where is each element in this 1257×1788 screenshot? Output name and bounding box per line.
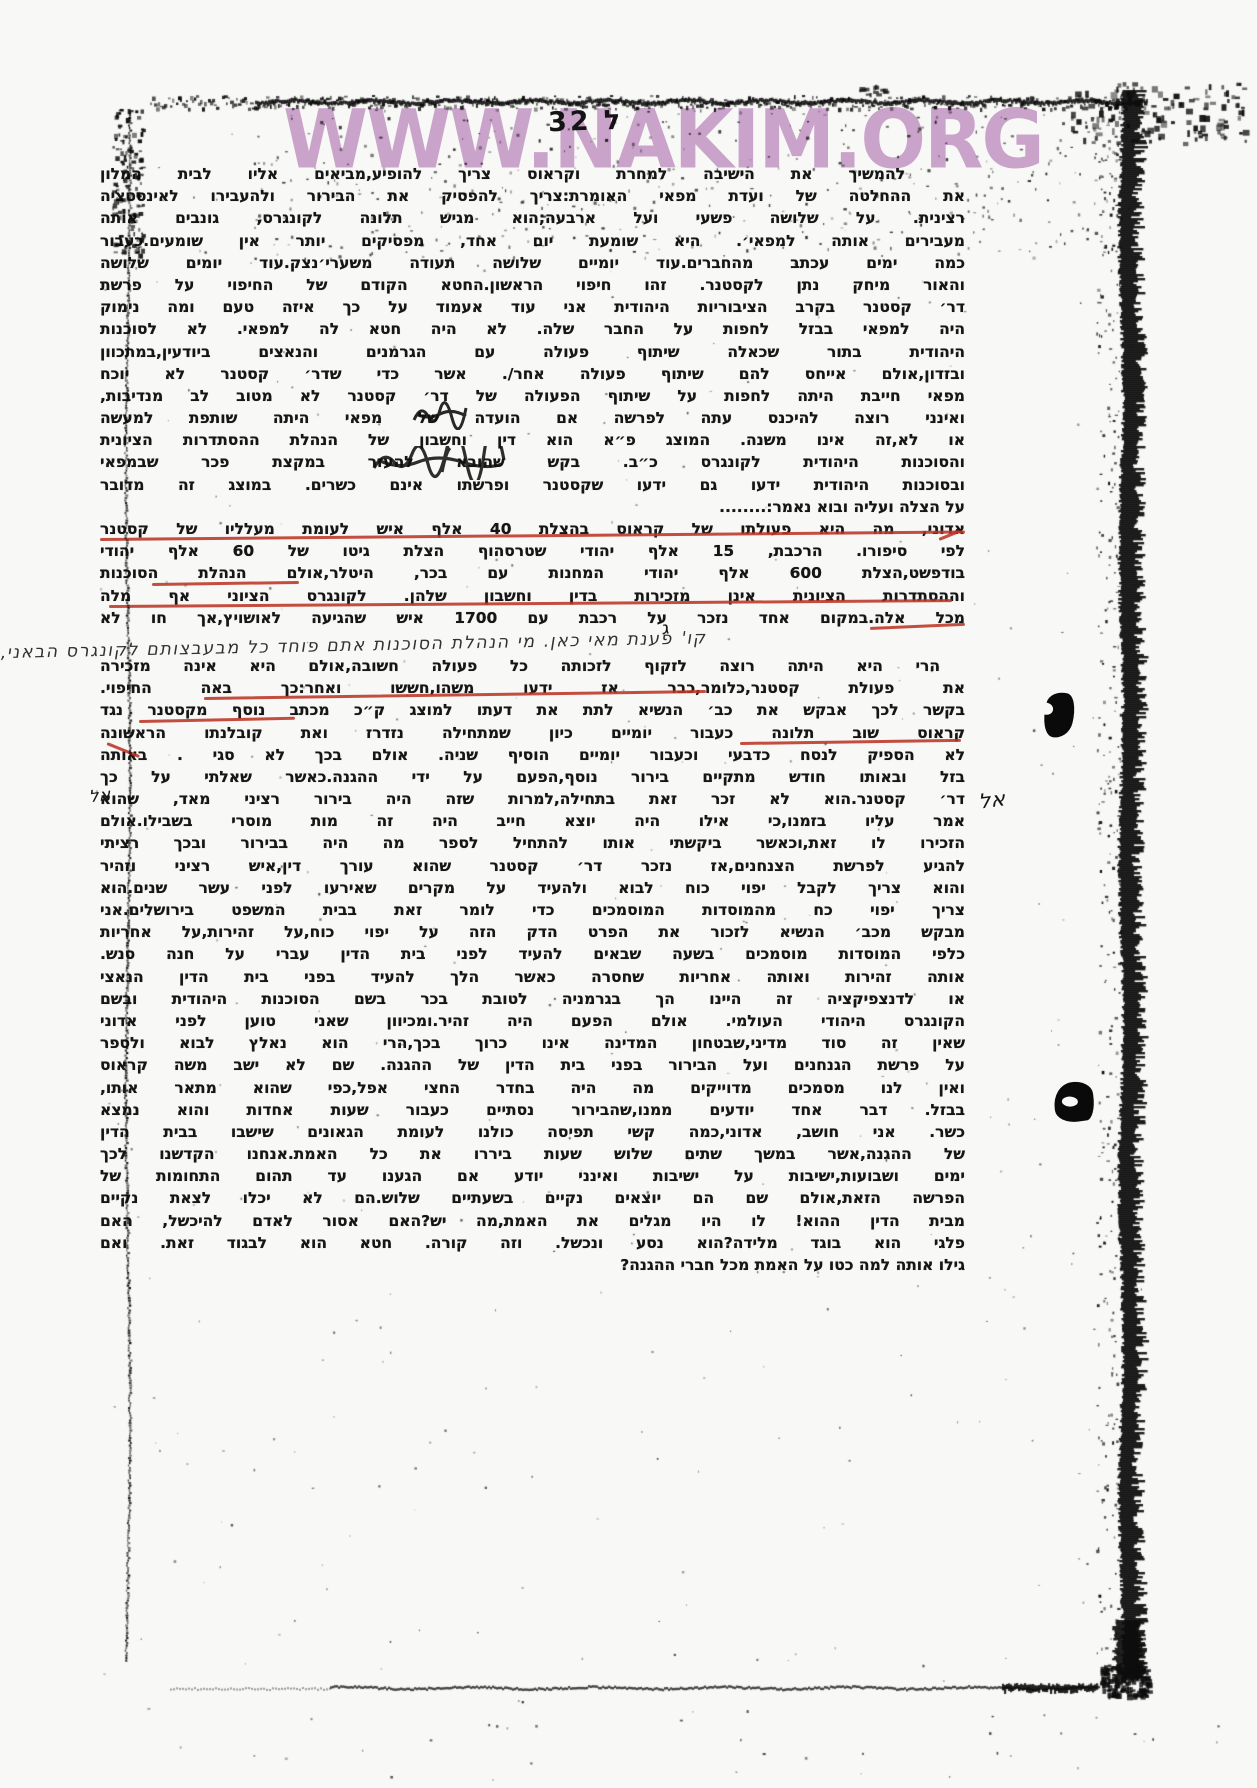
text-line: היה למפאי בבזל לחפות על החבר שלה. לא היה… — [100, 318, 965, 340]
text-line: ובסוכנות היהודית ידעו גם ידעו שקסטנר ופר… — [100, 474, 965, 496]
text-line: אדוני, מה היא פעולתו של קראוס בהצלת 40 א… — [100, 518, 965, 540]
text-line: ימים ושבועות,ישיבות על ישיבות ואינני יוד… — [100, 1165, 965, 1187]
text-line: דר׳ קסטנר בקרב הציבוריות היהודית אני עוד… — [100, 296, 965, 318]
text-line: לא הספיק לנסח כדבעי וכעבור יומיים הוסיף … — [100, 744, 965, 766]
ink-blob-1 — [1039, 689, 1079, 741]
margin-note-left: אל — [89, 785, 113, 808]
text-line: שאין זה סוד מדיני,שבטחון המדינה אינו כרו… — [100, 1032, 965, 1054]
text-line: ואין לנו מסמכים מדוייקים מה היה בחדר החצ… — [100, 1077, 965, 1099]
text-line: של ההגנה,אשר במשך שתים שלוש שעות ביררו א… — [100, 1143, 965, 1165]
text-line: צריך יפוי כח מהמוסדות המוסמכים כדי לומר … — [100, 899, 965, 921]
text-line: כלפי המוסדות מוסמכים בשעה שבאים להעיד לפ… — [100, 943, 965, 965]
scribble-annotation-2 — [372, 446, 522, 480]
text-line: את ההחלטה של ועדת מפאי האומרת:צריך להפסי… — [100, 185, 965, 207]
text-line: מעבירים אותה למפאי׳. היא שומעת יום אחד, … — [100, 230, 965, 252]
text-line: ואינני רוצה להיכנס עתה לפרשה אם הועדה של… — [100, 407, 965, 429]
text-line: אותה זהירות ואותה אחריות שחסרה כאשר הלך … — [100, 966, 965, 988]
text-line: מפאי חייבת היתה לחפות על שיתוף הפעולה של… — [100, 385, 965, 407]
scribble-annotation-1 — [412, 400, 474, 430]
text-line: רצינית. על שלושה פשעי ועל ארבעה;הוא מגיש… — [100, 207, 965, 229]
text-line: והאור מיחק נתן לקסטנר. זהו חיפוי הראשון.… — [100, 274, 965, 296]
text-line: דר׳ קסטנר.הוא לא זכר זאת בתחילה,למרות שז… — [100, 788, 965, 810]
margin-note-right: אל — [978, 786, 1007, 813]
text-line: מבית הדין ההוא! לו היו מגלים את האמת,מה … — [100, 1210, 965, 1232]
text-line: בקשר לכך אבקש את כב׳ הנשיא לתת את דעתו ל… — [100, 699, 965, 721]
text-line: היהודית בתור שכאלה שיתוף פעולה עם הגרמני… — [100, 341, 965, 363]
text-line: את פעולת קסטנר,כלומר,כבר אז ידעו משהו,חש… — [100, 677, 965, 699]
text-line: קראוס שוב תלונה כעבור יומיים כיון שמתחיל… — [100, 722, 965, 744]
text-line: אמר עליו בזמנו,כי אילו היה יוצא חייב היה… — [100, 810, 965, 832]
text-line: כשר. אני חושב, אדוני,כמה קשי תפיסה כולנו… — [100, 1121, 965, 1143]
scanned-document-page: WWW.NAKIM.ORG ל 32 להמשיך את הישיבה למחר… — [0, 0, 1257, 1788]
text-line: להגיע לפרשת הצנחנים,אז נזכר דר׳ קסטנר שה… — [100, 855, 965, 877]
handwritten-mark: ג — [662, 618, 670, 640]
text-line: פלגי הוא בוגד מלידה?הוא נסע ונכשל. וזה ק… — [100, 1232, 965, 1254]
text-line: על הצלה ועליה ובוא נאמר:........ — [100, 496, 965, 518]
text-line: בבזל. דבר אחד יודעים ממנו,שהבירור נסתיים… — [100, 1099, 965, 1121]
text-line: מבקש מכב׳ הנשיא לזכור את הפרט הדק הזה על… — [100, 921, 965, 943]
text-line: וההסתדרות הציונית אינן מזכירות בדין וחשב… — [100, 585, 965, 607]
text-line: הפרשה הזאת,אולם שם הם יוצאים נקיים בשעתי… — [100, 1187, 965, 1209]
text-line: והוא צריך לקבל יפוי כוח לבוא ולהעיד על מ… — [100, 877, 965, 899]
text-line: הרי היא היתה רוצה לזקוף לזכותה כל פעולה … — [100, 655, 965, 677]
text-line: בזל ובאותו חודש מתקיים בירור נוסף,הפעם ע… — [100, 766, 965, 788]
document-text-block: להמשיך את הישיבה למחרת וקראוס צריך להופי… — [100, 163, 965, 1276]
text-line: לפי סיפורו. הרכבת, 15 אלף יהודי שטרסהוף … — [100, 540, 965, 562]
text-line: כמה ימים עכתב מהחברים.עוד יומיים שלושה ת… — [100, 252, 965, 274]
ink-blob-2 — [1051, 1079, 1096, 1124]
text-line: או לא,זה אינו משנה. המוצג פ״א הוא דין וח… — [100, 429, 965, 451]
page-number: ל 32 — [547, 105, 623, 139]
text-line: הקונגרס היהודי העולמי. אולם הפעם היה זהי… — [100, 1010, 965, 1032]
text-line: בודפשט,הצלת 600 אלף יהודי המחנות עם בכר,… — [100, 562, 965, 584]
text-line: גילו אותה למה כטו על האמת מכל חברי ההגנה… — [100, 1254, 965, 1276]
text-line: או לדנצפיקציה זה היינו הך בגרמניה לטובת … — [100, 988, 965, 1010]
text-line: על פרשת הגנחנים ועל הבירור בפני בית הדין… — [100, 1054, 965, 1076]
text-line: הזכירו לו זאת,וכאשר ביקשתי אותו להתחיל ל… — [100, 832, 965, 854]
text-line: להמשיך את הישיבה למחרת וקראוס צריך להופי… — [100, 163, 965, 185]
text-line: ובזדון,אולם אייחס להם שיתוף פעולה אחר/. … — [100, 363, 965, 385]
text-line: והסוכנות היהודית לקונגרס כ״ב. בקש שהובא … — [100, 451, 965, 473]
